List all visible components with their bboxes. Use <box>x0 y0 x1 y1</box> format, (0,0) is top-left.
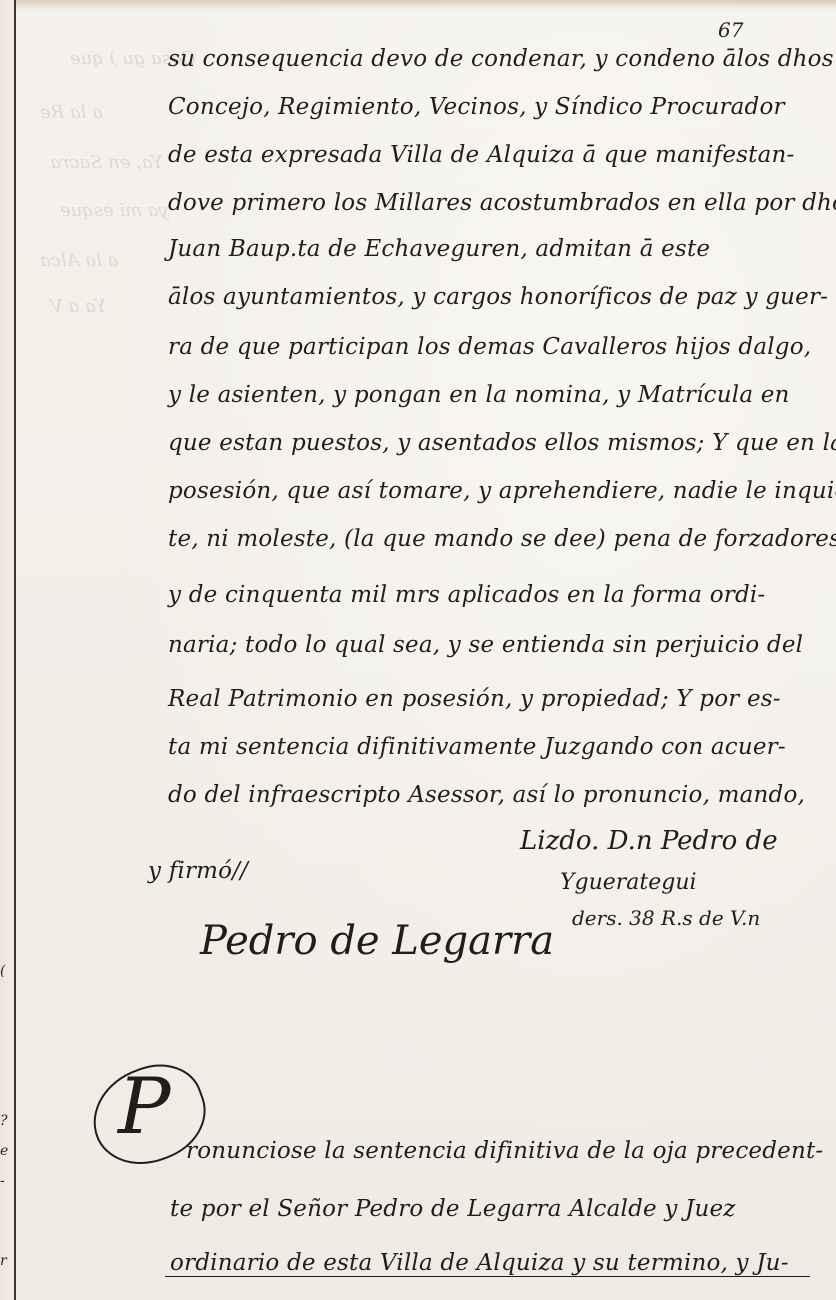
text-line: naria; todo lo qual sea, y se entienda s… <box>168 632 803 658</box>
text-line: que estan puestos, y asentados ellos mis… <box>168 430 836 456</box>
fees-annotation: ders. 38 R.s de V.n <box>572 906 760 930</box>
text-line: ra de que participan los demas Cavallero… <box>168 334 811 360</box>
pronouncement-line: ordinario de esta Villa de Alquiza y su … <box>170 1250 789 1276</box>
text-line: do del infraescripto Asessor, así lo pro… <box>168 782 805 808</box>
manuscript-scan: Cosa gu ) que a la Re Ya, en Sacra ya mi… <box>0 0 836 1300</box>
text-line: te, ni moleste, (la que mando se dee) pe… <box>168 526 836 552</box>
pronouncement-line: te por el Señor Pedro de Legarra Alcalde… <box>170 1196 736 1222</box>
margin-mark: r <box>0 1250 12 1272</box>
assessor-signature-line2: Yguerategui <box>560 870 697 895</box>
previous-page-edge <box>0 0 14 1300</box>
text-line: posesión, que así tomare, y aprehendiere… <box>168 478 836 504</box>
text-line: de esta expresada Villa de Alquiza ā que… <box>168 142 794 168</box>
text-line: ālos ayuntamientos, y cargos honoríficos… <box>168 284 828 310</box>
alcalde-signature: Pedro de Legarra <box>200 918 554 964</box>
pronouncement-line: ronunciose la sentencia difinitiva de la… <box>186 1138 823 1164</box>
text-line: y de cinquenta mil mrs aplicados en la f… <box>168 582 765 608</box>
folio-number: 67 <box>718 18 743 42</box>
page-top-edge <box>16 0 836 10</box>
text-line: dove primero los Millares acostumbrados … <box>168 190 836 216</box>
text-line: su consequencia devo de condenar, y cond… <box>168 46 836 72</box>
margin-mark: - <box>0 1170 12 1192</box>
underline-rule <box>165 1276 810 1277</box>
text-line: Real Patrimonio en posesión, y propiedad… <box>168 686 781 712</box>
assessor-signature-line1: Lizdo. D.n Pedro de <box>520 826 778 856</box>
margin-mark: e <box>0 1140 12 1162</box>
margin-mark: ( <box>0 960 12 982</box>
text-line: Juan Baup.ta de Echaveguren, admitan ā e… <box>168 236 710 262</box>
text-line: Concejo, Regimiento, Vecinos, y Síndico … <box>168 94 785 120</box>
text-line: y le asienten, y pongan en la nomina, y … <box>168 382 790 408</box>
text-line-closing: y firmó// <box>148 858 248 884</box>
decorative-initial: P <box>118 1062 170 1152</box>
margin-mark: ? <box>0 1110 12 1132</box>
text-line: ta mi sentencia difinitivamente Juzgando… <box>168 734 786 760</box>
